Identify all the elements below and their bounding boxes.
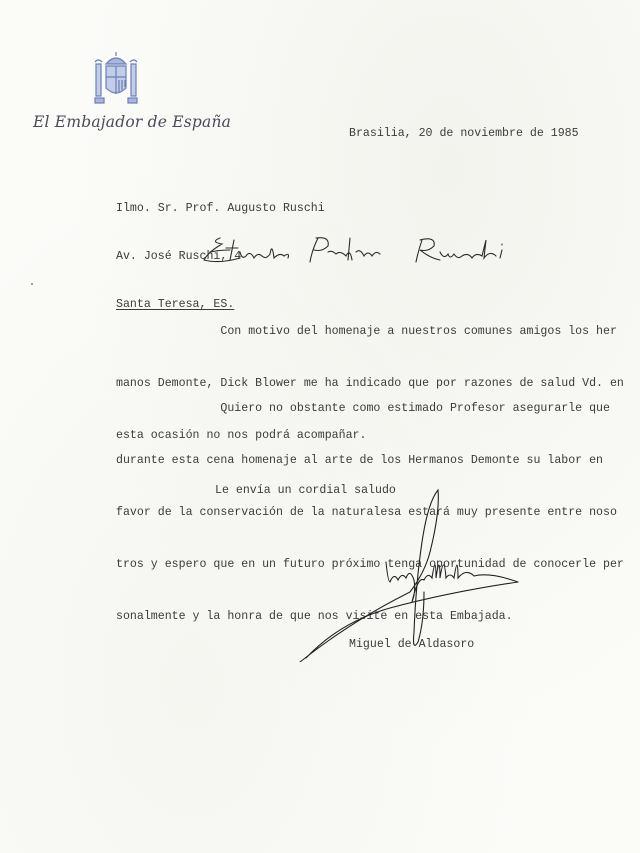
handwritten-salutation: Estimado Profesor Ruschi: [200, 230, 540, 275]
body-line: Con motivo del homenaje a nuestros comun…: [116, 324, 624, 344]
letter-page: El Embajador de España Brasilia, 20 de n…: [0, 0, 640, 853]
signer-name: Miguel de Aldasoro: [349, 637, 474, 653]
body-line: durante esta cena homenaje al arte de lo…: [116, 453, 624, 473]
date-line: Brasilia, 20 de noviembre de 1985: [349, 126, 579, 142]
spain-coat-of-arms-icon: [92, 50, 140, 112]
handwritten-signature-icon: [290, 482, 570, 662]
letterhead-title: El Embajador de España: [33, 113, 231, 131]
margin-mark: [31, 283, 33, 285]
recipient-line: Ilmo. Sr. Prof. Augusto Ruschi: [116, 201, 325, 217]
body-line: Quiero no obstante como estimado Profeso…: [116, 401, 624, 421]
